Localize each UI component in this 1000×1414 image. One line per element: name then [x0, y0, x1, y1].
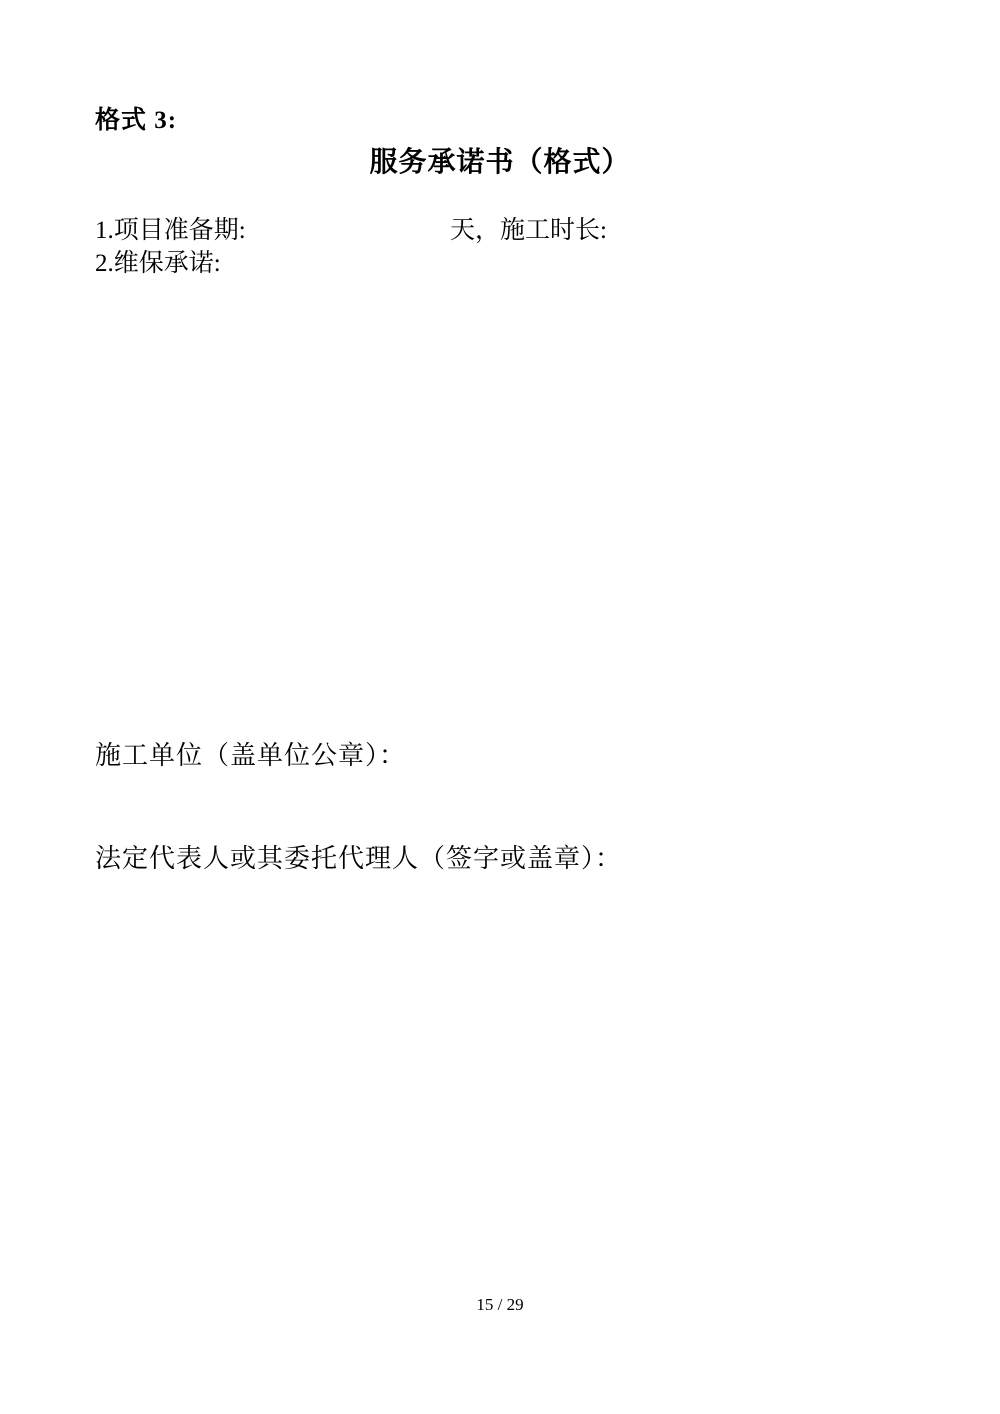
item-1-label: 1.项目准备期: [95, 214, 246, 247]
item-1-continuation: 天，施工时长: [450, 214, 607, 247]
list-item: 2.维保承诺: [0, 247, 1000, 280]
construction-unit-seal-line: 施工单位（盖单位公章）： [95, 735, 406, 772]
item-2-label: 2.维保承诺: [95, 247, 221, 280]
legal-representative-signature-line: 法定代表人或其委托代理人（签字或盖章）： [95, 838, 622, 875]
page-number: 15 / 29 [0, 1295, 1000, 1315]
page-title: 服务承诺书（格式） [0, 140, 1000, 180]
document-page: 格式 3: 服务承诺书（格式） 1.项目准备期: 天，施工时长: 2.维保承诺:… [0, 0, 1000, 1414]
list-item: 1.项目准备期: 天，施工时长: [0, 214, 1000, 247]
format-label: 格式 3: [95, 100, 177, 136]
